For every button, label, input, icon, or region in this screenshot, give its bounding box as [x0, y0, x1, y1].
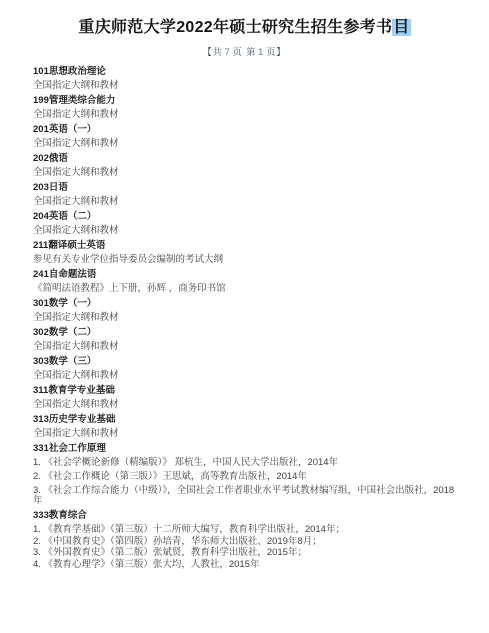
subject-section: 101思想政治理论 全国指定大纲和教材 — [33, 67, 461, 91]
subject-section: 203日语 全国指定大纲和教材 — [33, 183, 461, 207]
subject-section: 331社会工作原理 1. 《社会学概论新修（精编版）》 郑杭生，中国人民大学出版… — [33, 444, 461, 506]
subject-heading: 204英语（二） — [33, 212, 461, 222]
subject-section: 313历史学专业基础 全国指定大纲和教材 — [33, 415, 461, 439]
subject-section: 241自命题法语 《简明法语教程》上下册，孙辉 ，商务印书馆 — [33, 270, 461, 294]
subject-heading: 241自命题法语 — [33, 270, 461, 280]
pagination-prefix: 【共 — [203, 47, 223, 57]
subject-section: 301数学（一） 全国指定大纲和教材 — [33, 299, 461, 323]
subject-section: 204英语（二） 全国指定大纲和教材 — [33, 212, 461, 236]
subject-heading: 311教育学专业基础 — [33, 386, 461, 396]
subject-heading: 331社会工作原理 — [33, 444, 461, 454]
reference-line: 2. 《中国教育史》（第四版）孙培青，华东师大出版社、2019年8月； — [33, 537, 461, 547]
reference-line: 参见有关专业学位指导委员会编制的考试大纲 — [33, 255, 461, 265]
reference-line: 全国指定大纲和教材 — [33, 139, 461, 149]
pagination-info: 【共7页 第1页】 — [0, 46, 489, 58]
subject-heading: 303数学（三） — [33, 357, 461, 367]
subject-section: 202俄语 全国指定大纲和教材 — [33, 154, 461, 178]
reference-line: 全国指定大纲和教材 — [33, 197, 461, 207]
subject-section: 303数学（三） 全国指定大纲和教材 — [33, 357, 461, 381]
subject-section: 199管理类综合能力 全国指定大纲和教材 — [33, 96, 461, 120]
pagination-total-pages: 7 — [225, 47, 231, 57]
reference-line: 全国指定大纲和教材 — [33, 371, 461, 381]
document-page: 重庆师范大学2022年硕士研究生招生参考书目 【共7页 第1页】 101思想政治… — [0, 17, 489, 570]
subject-heading: 202俄语 — [33, 154, 461, 164]
subject-section: 302数学（二） 全国指定大纲和教材 — [33, 328, 461, 352]
page-title-text: 重庆师范大学2022年硕士研究生招生参考书 — [78, 19, 392, 36]
reference-line: 全国指定大纲和教材 — [33, 342, 461, 352]
page-title-selected-char: 目 — [392, 19, 410, 36]
subject-heading: 301数学（一） — [33, 299, 461, 309]
reference-line: 4. 《教育心理学》（第三版）张大均，人教社，2015年 — [33, 560, 461, 570]
reference-line: 全国指定大纲和教材 — [33, 313, 461, 323]
subject-section: 201英语（一） 全国指定大纲和教材 — [33, 125, 461, 149]
reference-line: 《简明法语教程》上下册，孙辉 ，商务印书馆 — [33, 284, 461, 294]
reference-line: 3. 《社会工作综合能力（中级）》，全国社会工作者职业水平考试教材编写组，中国社… — [33, 486, 461, 506]
subject-section: 211翻译硕士英语 参见有关专业学位指导委员会编制的考试大纲 — [33, 241, 461, 265]
reference-line: 全国指定大纲和教材 — [33, 81, 461, 91]
subject-heading: 333教育综合 — [33, 511, 461, 521]
reference-line: 1. 《教育学基础》（第三版）十二所师大编写，教育科学出版社，2014年； — [33, 525, 461, 535]
subject-heading: 203日语 — [33, 183, 461, 193]
reference-line: 全国指定大纲和教材 — [33, 168, 461, 178]
pagination-mid: 页 第 — [233, 47, 257, 57]
pagination-current-page: 1 — [258, 47, 264, 57]
reference-line: 全国指定大纲和教材 — [33, 110, 461, 120]
reference-line: 全国指定大纲和教材 — [33, 429, 461, 439]
pagination-suffix: 页】 — [266, 47, 286, 57]
subject-heading: 101思想政治理论 — [33, 67, 461, 77]
reference-line: 1. 《社会学概论新修（精编版）》 郑杭生，中国人民大学出版社，2014年 — [33, 458, 461, 468]
subject-heading: 201英语（一） — [33, 125, 461, 135]
subject-heading: 199管理类综合能力 — [33, 96, 461, 106]
reference-line: 2. 《社会工作概论（第三版）》王思斌，高等教育出版社，2014年 — [33, 472, 461, 482]
subject-heading: 313历史学专业基础 — [33, 415, 461, 425]
reference-line: 3. 《外国教育史》（第二版）张斌贤，教育科学出版社，2015年； — [33, 548, 461, 558]
page-title: 重庆师范大学2022年硕士研究生招生参考书目 — [0, 17, 489, 39]
reference-sections-list: 101思想政治理论 全国指定大纲和教材 199管理类综合能力 全国指定大纲和教材… — [0, 67, 489, 570]
reference-line: 全国指定大纲和教材 — [33, 400, 461, 410]
reference-line: 全国指定大纲和教材 — [33, 226, 461, 236]
subject-section: 333教育综合 1. 《教育学基础》（第三版）十二所师大编写，教育科学出版社，2… — [33, 511, 461, 570]
subject-heading: 211翻译硕士英语 — [33, 241, 461, 251]
subject-section: 311教育学专业基础 全国指定大纲和教材 — [33, 386, 461, 410]
subject-heading: 302数学（二） — [33, 328, 461, 338]
